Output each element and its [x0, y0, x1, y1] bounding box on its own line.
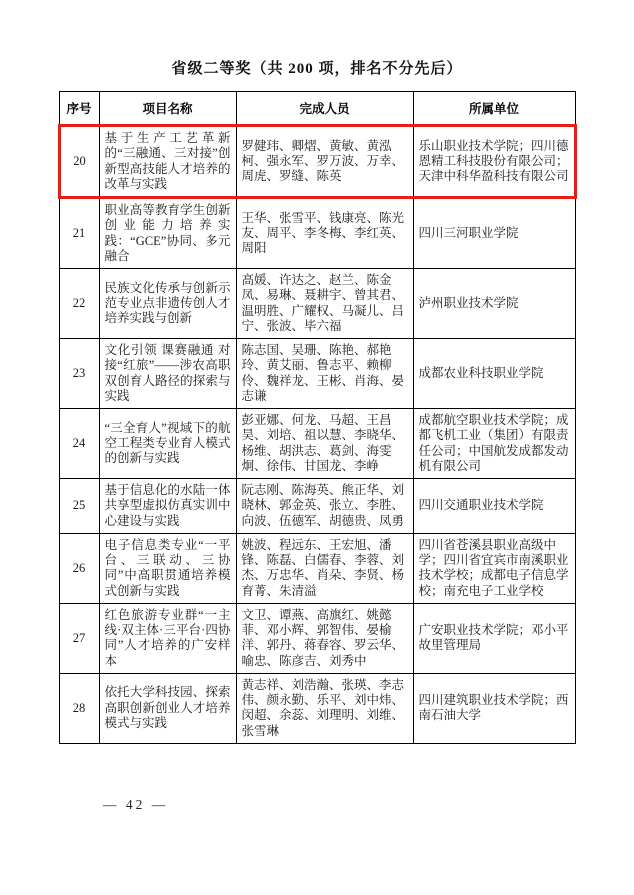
cell-unit: 成都航空职业技术学院；成都飞机工业（集团）有限责任公司；中国航发成都发动机有限公…: [413, 409, 575, 479]
cell-serial-number: 28: [59, 673, 99, 743]
cell-unit: 四川三河职业学院: [413, 198, 575, 269]
header-project-name: 项目名称: [99, 92, 236, 126]
cell-serial-number: 23: [59, 339, 99, 409]
cell-unit: 四川交通职业技术学院: [413, 479, 575, 534]
header-unit: 所属单位: [413, 92, 575, 126]
cell-serial-number: 20: [59, 126, 99, 198]
cell-project-name: 红色旅游专业群“一主线·双主体·三平台·四协同”人才培养的广安样本: [99, 603, 236, 673]
cell-project-name: “三全育人”视域下的航空工程类专业育人模式的创新与实践: [99, 409, 236, 479]
cell-project-name: 民族文化传承与创新示范专业点非遗传创人才培养实践与创新: [99, 269, 236, 339]
cell-completers: 彭亚娜、何龙、马超、王昌昊、刘培、祖以慧、李晓华、杨维、胡洪志、葛剑、海雯炯、徐…: [236, 409, 413, 479]
table-row: 25基于信息化的水陆一体共享型虚拟仿真实训中心建设与实践阮志刚、陈海英、熊正华、…: [59, 479, 575, 534]
cell-project-name: 文化引领 课赛融通 对接“红旅”——涉农高职双创育人路径的探索与实践: [99, 339, 236, 409]
cell-serial-number: 21: [59, 198, 99, 269]
awards-table: 序号 项目名称 完成人员 所属单位 20基于生产工艺革新的“三融通、三对接”创新…: [58, 91, 577, 744]
table-row: 28依托大学科技园、探索高职创新创业人才培养模式与实践黄志祥、刘浩瀚、张瑛、李志…: [59, 673, 575, 743]
document-page: 省级二等奖（共 200 项，排名不分先后） 序号 项目名称 完成人员 所属单位 …: [0, 0, 634, 895]
cell-project-name: 电子信息类专业“一平台、三联动、三协同”中高职贯通培养模式创新与实践: [99, 533, 236, 603]
table-row: 27红色旅游专业群“一主线·双主体·三平台·四协同”人才培养的广安样本文卫、谭燕…: [59, 603, 575, 673]
page-title: 省级二等奖（共 200 项，排名不分先后）: [0, 0, 634, 78]
page-number: — 42 —: [103, 797, 168, 813]
cell-serial-number: 26: [59, 533, 99, 603]
cell-serial-number: 24: [59, 409, 99, 479]
cell-project-name: 依托大学科技园、探索高职创新创业人才培养模式与实践: [99, 673, 236, 743]
table-body: 20基于生产工艺革新的“三融通、三对接”创新型高技能人才培养的改革与实践罗健玮、…: [59, 126, 575, 744]
cell-serial-number: 25: [59, 479, 99, 534]
cell-completers: 高媛、许达之、赵兰、陈金凤、易琳、聂耕宇、曾其君、温明胜、广耀权、马凝儿、吕宁、…: [236, 269, 413, 339]
cell-project-name: 基于信息化的水陆一体共享型虚拟仿真实训中心建设与实践: [99, 479, 236, 534]
cell-completers: 陈志国、吴珊、陈艳、郝艳玲、黄艾丽、鲁志平、赖柳伶、魏祥龙、王彬、肖海、晏志谦: [236, 339, 413, 409]
cell-unit: 乐山职业技术学院；四川德恩精工科技股份有限公司；天津中科华盈科技有限公司: [413, 126, 575, 198]
table-row-highlighted: 20基于生产工艺革新的“三融通、三对接”创新型高技能人才培养的改革与实践罗健玮、…: [59, 126, 575, 198]
table-header-row: 序号 项目名称 完成人员 所属单位: [59, 92, 575, 126]
cell-unit: 广安职业技术学院；邓小平故里管理局: [413, 603, 575, 673]
cell-unit: 四川省苍溪县职业高级中学；四川省宜宾市南溪职业技术学校；成都电子信息学校；南充电…: [413, 533, 575, 603]
cell-completers: 王华、张雪平、钱康亮、陈光友、周平、李冬梅、李红英、周阳: [236, 198, 413, 269]
cell-unit: 四川建筑职业技术学院；西南石油大学: [413, 673, 575, 743]
cell-unit: 成都农业科技职业学院: [413, 339, 575, 409]
table-row: 26电子信息类专业“一平台、三联动、三协同”中高职贯通培养模式创新与实践姚波、程…: [59, 533, 575, 603]
cell-unit: 泸州职业技术学院: [413, 269, 575, 339]
header-completers: 完成人员: [236, 92, 413, 126]
cell-completers: 黄志祥、刘浩瀚、张瑛、李志伟、颜永勤、乐平、刘中炜、闵超、余蕊、刘理明、刘维、张…: [236, 673, 413, 743]
table-row: 22民族文化传承与创新示范专业点非遗传创人才培养实践与创新高媛、许达之、赵兰、陈…: [59, 269, 575, 339]
cell-project-name: 基于生产工艺革新的“三融通、三对接”创新型高技能人才培养的改革与实践: [99, 126, 236, 198]
cell-completers: 姚波、程远东、王宏旭、潘锋、陈磊、白儒春、李蓉、刘杰、万忠华、肖朵、李贤、杨育菁…: [236, 533, 413, 603]
cell-completers: 文卫、谭燕、高旗红、姚懿菲、邓小辉、郭智伟、晏榆洋、郭丹、蒋春容、罗云华、喻忠、…: [236, 603, 413, 673]
table-row: 24“三全育人”视域下的航空工程类专业育人模式的创新与实践彭亚娜、何龙、马超、王…: [59, 409, 575, 479]
table-row: 23文化引领 课赛融通 对接“红旅”——涉农高职双创育人路径的探索与实践陈志国、…: [59, 339, 575, 409]
cell-serial-number: 27: [59, 603, 99, 673]
cell-completers: 罗健玮、卿熠、黄敏、黄泓柯、强永军、罗万波、万幸、周虎、罗缝、陈英: [236, 126, 413, 198]
table-row: 21职业高等教育学生创新创业能力培养实践：“GCE”协同、多元融合王华、张雪平、…: [59, 198, 575, 269]
header-serial-number: 序号: [59, 92, 99, 126]
cell-completers: 阮志刚、陈海英、熊正华、刘晓林、郭金英、张立、李胜、向波、伍德军、胡德贵、凤勇: [236, 479, 413, 534]
cell-serial-number: 22: [59, 269, 99, 339]
cell-project-name: 职业高等教育学生创新创业能力培养实践：“GCE”协同、多元融合: [99, 198, 236, 269]
